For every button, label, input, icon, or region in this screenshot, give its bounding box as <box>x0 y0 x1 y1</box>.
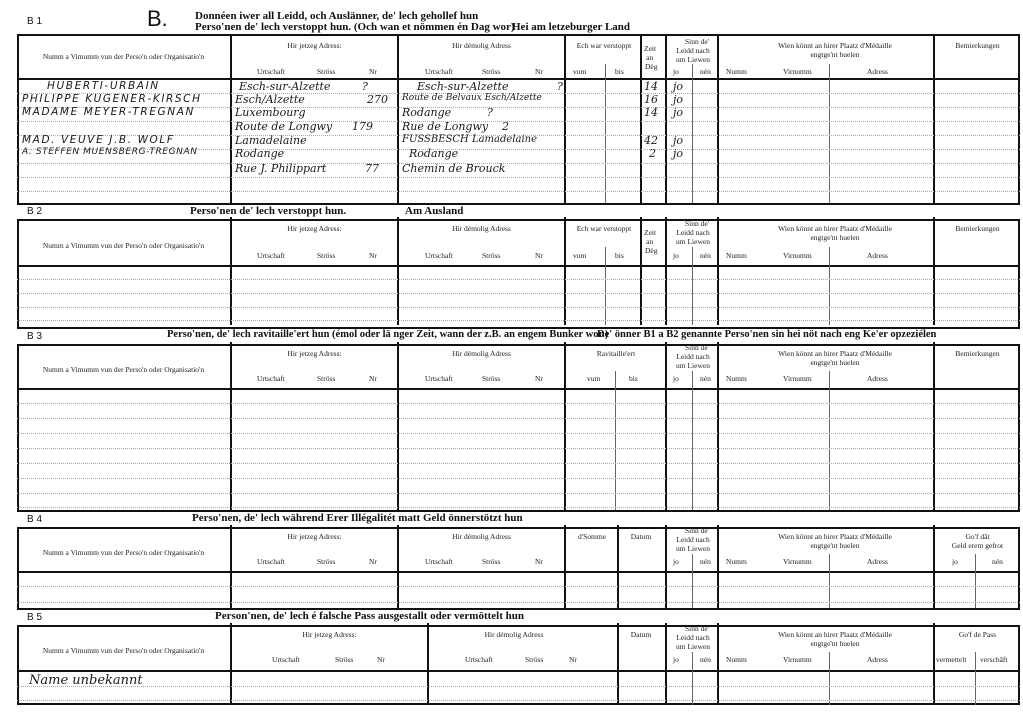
alive-yes: jo <box>673 93 683 106</box>
current-nr: 77 <box>365 162 379 175</box>
header-urschaft: Urtschaft <box>425 251 453 260</box>
header-sinn-2: Leidd nach <box>669 633 717 642</box>
section-title: Perso'nen de' lech verstoppt hun. <box>190 205 346 217</box>
header-period: Ravitaille'ert <box>567 349 665 358</box>
header-adress: Adress <box>867 655 888 664</box>
header-urschaft: Urtschaft <box>425 67 453 76</box>
header-nen: nén <box>700 251 711 260</box>
header-current-address: Hir jetzeg Adress: <box>232 349 397 358</box>
section-code: B 4 <box>27 514 42 525</box>
header-returned-1: Go'f dât <box>935 532 1020 541</box>
header-verschaft: verschâft <box>980 655 1007 664</box>
section-b1: B 1 B. Donnéen iwer all Leidd, och Auslä… <box>17 10 1020 203</box>
header-sinn-1: Sinn de' <box>677 219 717 228</box>
former-address: Chemin de Brouck <box>402 162 505 175</box>
header-former-address: Hir démolig Adress <box>399 532 564 541</box>
former-nr: ? <box>487 106 493 119</box>
header-urschaft: Urtschaft <box>425 374 453 383</box>
days: 2 <box>649 147 656 160</box>
header-jo: jo <box>673 251 679 260</box>
section-title-right: Am Ausland <box>405 205 463 217</box>
former-address: Rue de Longwy <box>402 120 488 133</box>
person-name: A. STEFFEN MUENSBERG-TREGNAN <box>22 147 198 157</box>
current-address: Route de Longwy <box>235 120 332 133</box>
header-former-address: Hir démolig Adress <box>429 630 599 639</box>
section-title: Perso'nen, de' lech ravitaille'ert hun (… <box>167 329 608 340</box>
header-jo: jo <box>673 655 679 664</box>
header-nr: Nr <box>369 67 377 76</box>
former-address: FUSSBESCH Lamadelaine <box>402 134 537 145</box>
header-stross: Ströss <box>482 251 500 260</box>
header-name: Numm a Vimumm vun der Perso'n oder Organ… <box>17 646 230 655</box>
section-title-line2: Perso'nen de' lech verstoppt hun. (Och w… <box>195 21 515 33</box>
person-name: PHILIPPE KUGENER-KIRSCH <box>22 93 202 105</box>
header-zeit: Zeit <box>644 44 656 53</box>
section-b2: B 2 Perso'nen de' lech verstoppt hun. Am… <box>17 203 1020 325</box>
current-nr: 179 <box>352 120 373 133</box>
header-stross: Ströss <box>317 251 335 260</box>
header-sinn-2: Leidd nach <box>669 228 717 237</box>
header-bis: bis <box>615 251 624 260</box>
header-nr: Nr <box>535 374 543 383</box>
section-title-right: Hei am letzeburger Land <box>512 21 630 33</box>
header-vum: vum <box>573 67 586 76</box>
header-sinn-3: um Liewen <box>669 642 717 651</box>
header-period: Ech war verstoppt <box>567 41 641 50</box>
header-stross: Ströss <box>482 67 500 76</box>
header-stross: Ströss <box>525 655 543 664</box>
header-an: an <box>646 53 653 62</box>
header-vermettelt: vermettelt <box>936 655 966 664</box>
header-nr: Nr <box>535 557 543 566</box>
header-name: Numm a Vimumm vun der Perso'n oder Organ… <box>17 52 230 61</box>
header-virnumm: Virnumm <box>783 251 812 260</box>
days: 14 <box>644 106 658 119</box>
section-code: B 5 <box>27 612 42 623</box>
header-urschaft: Urtschaft <box>257 67 285 76</box>
header-adress: Adress <box>867 67 888 76</box>
former-address: Route de Belvaux Esch/Alzette <box>402 93 542 103</box>
header-former-address: Hir démolig Adress <box>399 224 564 233</box>
header-medal-2: engtge'nt huelen <box>720 639 950 648</box>
header-sinn-1: Sinn de' <box>677 526 717 535</box>
header-virnumm: Virnumm <box>783 557 812 566</box>
section-title-right: De' önner B1 a B2 genannte Perso'nen sin… <box>597 329 936 340</box>
header-numm: Numm <box>726 557 747 566</box>
header-numm: Numm <box>726 67 747 76</box>
header-urschaft: Urtschaft <box>465 655 493 664</box>
person-name: Name unbekannt <box>29 673 143 688</box>
header-nen: nén <box>700 655 711 664</box>
header-urschaft: Urtschaft <box>257 557 285 566</box>
header-nr: Nr <box>369 251 377 260</box>
header-name: Numm a Vimumm vun der Perso'n oder Organ… <box>17 365 230 374</box>
header-an: an <box>646 237 653 246</box>
header-nen: nén <box>700 374 711 383</box>
header-sinn-3: um Liewen <box>669 544 717 553</box>
header-former-address: Hir démolig Adress <box>399 349 564 358</box>
days: 42 <box>644 134 658 147</box>
header-nr: Nr <box>369 557 377 566</box>
header-current-address: Hir jetzeg Adress: <box>232 224 397 233</box>
header-sinn-3: um Liewen <box>669 361 717 370</box>
header-adress: Adress <box>867 557 888 566</box>
alive-yes: jo <box>673 106 683 119</box>
former-nr: ? <box>557 80 563 93</box>
header-somme: d'Somme <box>567 532 617 541</box>
header-stross: Ströss <box>482 374 500 383</box>
header-sinn-2: Leidd nach <box>669 535 717 544</box>
header-nen: nén <box>992 557 1003 566</box>
header-name: Numm a Vimumm vun der Perso'n oder Organ… <box>17 548 230 557</box>
header-zeit: Zeit <box>644 228 656 237</box>
header-current-address: Hir jetzeg Adress: <box>232 630 427 639</box>
header-medal-1: Wien könnt an hirer Plaatz d'Médaille <box>720 630 950 639</box>
header-deg: Dèg <box>645 62 658 71</box>
header-period: Ech war verstoppt <box>567 224 641 233</box>
section-b4-title-bar: B 4 Perso'nen, de' lech während Erer Ill… <box>17 510 1020 529</box>
person-name: HUBERTI-URBAIN <box>47 80 160 92</box>
header-virnumm: Virnumm <box>783 67 812 76</box>
header-urschaft: Urtschaft <box>257 251 285 260</box>
header-bemierkungen: Bemierkungen <box>935 41 1020 50</box>
header-current-address: Hir jetzeg Adress: <box>232 41 397 50</box>
alive-yes: jo <box>673 134 683 147</box>
header-medal-1: Wien könnt an hirer Plaatz d'Médaille <box>720 349 950 358</box>
header-name: Numm a Vimumm vun der Perso'n oder Organ… <box>17 241 230 250</box>
header-sinn-3: um Liewen <box>669 237 717 246</box>
section-b1-title-bar: B 1 B. Donnéen iwer all Leidd, och Auslä… <box>17 10 1020 36</box>
header-adress: Adress <box>867 374 888 383</box>
header-numm: Numm <box>726 251 747 260</box>
header-former-address: Hir démolig Adress <box>399 41 564 50</box>
header-virnumm: Virnumm <box>783 374 812 383</box>
current-address: Rue J. Philippart <box>235 162 326 175</box>
header-medal-1: Wien könnt an hirer Plaatz d'Médaille <box>720 532 950 541</box>
header-virnumm: Virnumm <box>783 655 812 664</box>
header-urschaft: Urtschaft <box>257 374 285 383</box>
header-jo: jo <box>952 557 958 566</box>
header-nr: Nr <box>535 251 543 260</box>
section-b5: B 5 Person'nen, de' lech é falsche Pass … <box>17 608 1020 705</box>
person-name: MADAME MEYER-TREGNAN <box>22 106 195 118</box>
current-address: Luxembourg <box>235 106 306 119</box>
section-b2-title-bar: B 2 Perso'nen de' lech verstoppt hun. Am… <box>17 203 1020 221</box>
header-numm: Numm <box>726 655 747 664</box>
header-datum: Datum <box>617 532 665 541</box>
alive-yes: jo <box>673 147 683 160</box>
current-address: Lamadelaine <box>235 134 307 147</box>
header-pass: Go'f de Pass <box>935 630 1020 639</box>
header-urschaft: Urtschaft <box>425 557 453 566</box>
header-nr: Nr <box>369 374 377 383</box>
section-b3-title-bar: B 3 Perso'nen, de' lech ravitaille'ert h… <box>17 327 1020 346</box>
header-datum: Datum <box>617 630 665 639</box>
current-nr: 270 <box>367 93 388 106</box>
header-nr: Nr <box>569 655 577 664</box>
header-sinn-2: Leidd nach <box>669 352 717 361</box>
section-title: Person'nen, de' lech é falsche Pass ausg… <box>215 610 524 622</box>
former-address: Rodange <box>402 106 451 119</box>
header-jo: jo <box>673 67 679 76</box>
header-bis: bis <box>629 374 638 383</box>
header-sinn-1: Sinn de' <box>677 624 717 633</box>
current-nr: ? <box>362 80 368 93</box>
header-numm: Numm <box>726 374 747 383</box>
header-nen: nén <box>700 557 711 566</box>
header-vum: vum <box>587 374 600 383</box>
current-address: Esch-sur-Alzette <box>239 80 330 93</box>
header-vum: vum <box>573 251 586 260</box>
header-medal-2: engtge'nt huelen <box>720 541 950 550</box>
current-address: Rodange <box>235 147 284 160</box>
header-nen: nén <box>700 67 711 76</box>
former-address: Esch-sur-Alzette <box>417 80 508 93</box>
days: 16 <box>644 93 658 106</box>
header-medal-1: Wien könnt an hirer Plaatz d'Médaille <box>720 41 950 50</box>
header-sinn-1: Sinn de' <box>677 343 717 352</box>
person-name: MAD. VEUVE J.B. WOLF <box>22 134 175 146</box>
section-b4: B 4 Perso'nen, de' lech während Erer Ill… <box>17 510 1020 608</box>
header-sinn-2: Leidd nach <box>669 46 717 55</box>
header-bis: bis <box>615 67 624 76</box>
header-sinn-3: um Liewen <box>669 55 717 64</box>
alive-yes: jo <box>673 80 683 93</box>
section-code: B 2 <box>27 206 42 217</box>
section-b5-title-bar: B 5 Person'nen, de' lech é falsche Pass … <box>17 608 1020 627</box>
section-code: B 3 <box>27 331 42 342</box>
days: 14 <box>644 80 658 93</box>
current-address: Esch/Alzette <box>235 93 305 106</box>
form-letter: B. <box>147 6 168 32</box>
header-bemierkungen: Bemierkungen <box>935 224 1020 233</box>
header-current-address: Hir jetzeg Adress: <box>232 532 397 541</box>
header-medal-2: engtge'nt huelen <box>720 50 950 59</box>
header-stross: Ströss <box>482 557 500 566</box>
header-returned-2: Geld erem gefrot <box>935 541 1020 550</box>
header-medal-1: Wien könnt an hirer Plaatz d'Médaille <box>720 224 950 233</box>
section-code: B 1 <box>27 16 42 27</box>
former-nr: 2 <box>502 120 509 133</box>
header-sinn-1: Sinn de' <box>677 37 717 46</box>
header-deg: Dèg <box>645 246 658 255</box>
section-b3: B 3 Perso'nen, de' lech ravitaille'ert h… <box>17 327 1020 512</box>
section-title: Perso'nen, de' lech während Erer Illégal… <box>192 512 523 524</box>
header-stross: Ströss <box>317 557 335 566</box>
header-nr: Nr <box>535 67 543 76</box>
header-stross: Ströss <box>335 655 353 664</box>
header-medal-2: engtge'nt huelen <box>720 358 950 367</box>
header-stross: Ströss <box>317 374 335 383</box>
header-bemierkungen: Bemierkungen <box>935 349 1020 358</box>
header-jo: jo <box>673 374 679 383</box>
header-nr: Nr <box>377 655 385 664</box>
header-jo: jo <box>673 557 679 566</box>
former-address: Rodange <box>409 147 458 160</box>
header-urschaft: Urtschaft <box>272 655 300 664</box>
header-stross: Ströss <box>317 67 335 76</box>
header-adress: Adress <box>867 251 888 260</box>
header-medal-2: engtge'nt huelen <box>720 233 950 242</box>
